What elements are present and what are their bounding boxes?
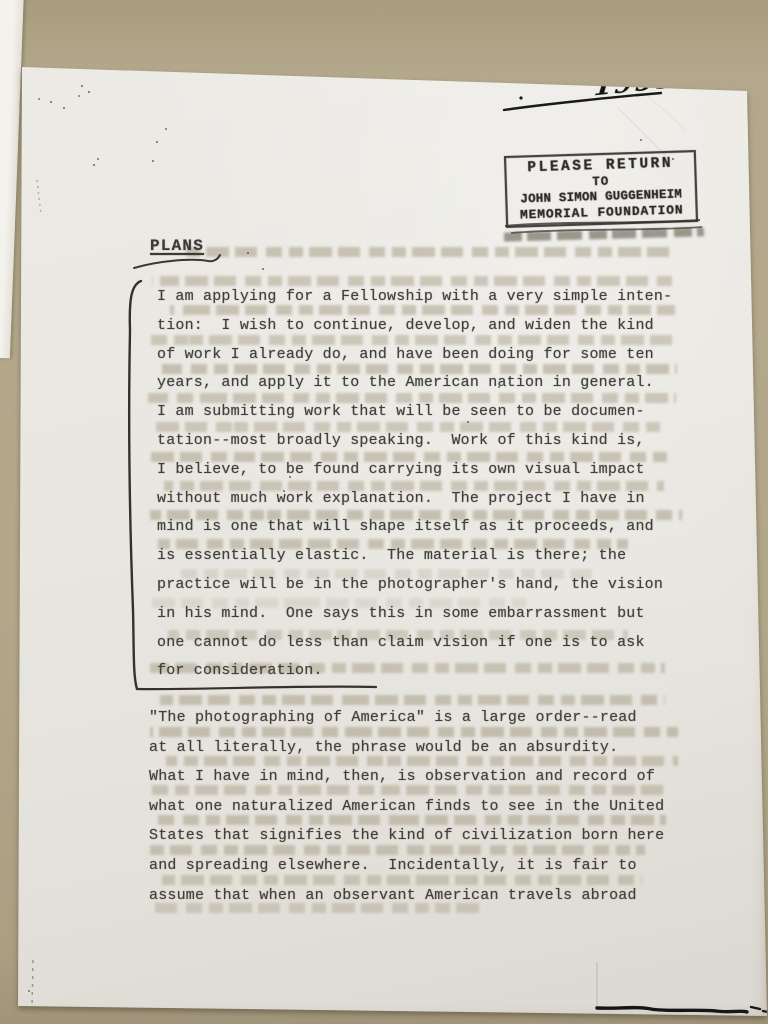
page-shadow: 1955 PLEASE RETURN TO JOHN SIMON GUGGENH… <box>0 0 768 1024</box>
document-page: 1955 PLEASE RETURN TO JOHN SIMON GUGGENH… <box>0 0 768 1024</box>
speckle <box>31 1008 34 1011</box>
photo-of-document: 1955 PLEASE RETURN TO JOHN SIMON GUGGENH… <box>0 0 768 1024</box>
page-edge-shading <box>0 0 768 1024</box>
